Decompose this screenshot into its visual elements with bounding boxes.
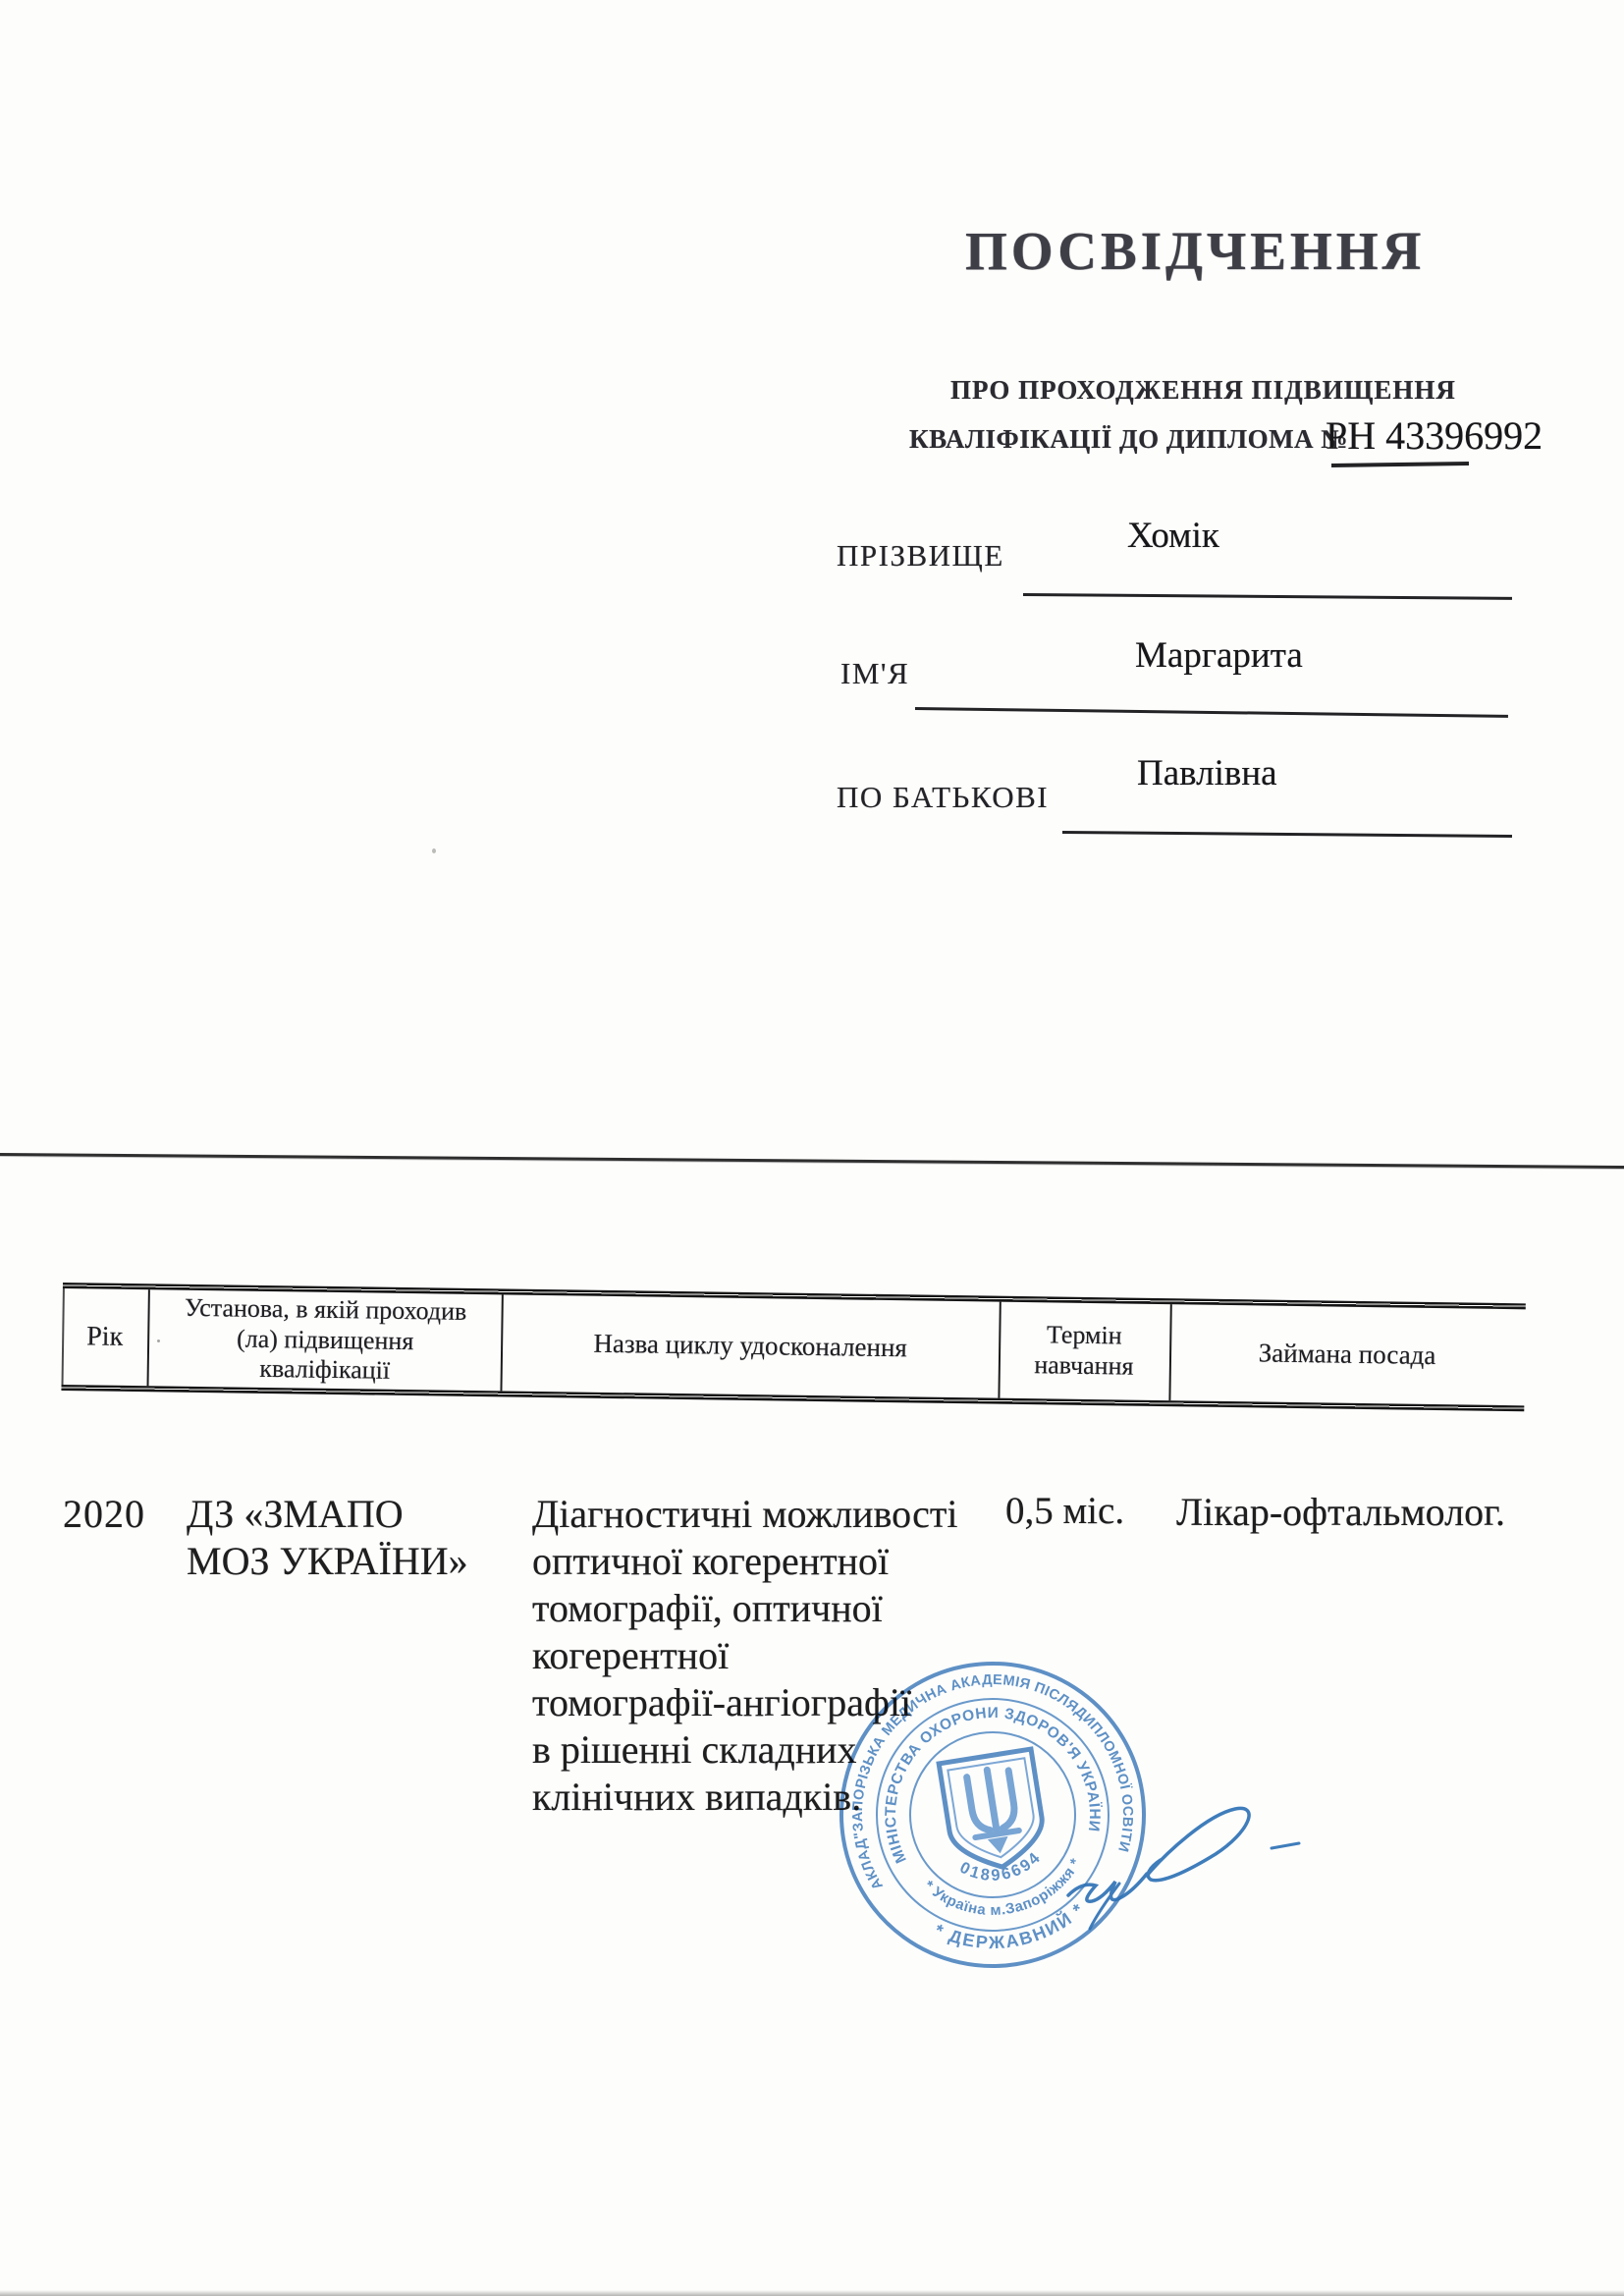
row-year: 2020: [63, 1491, 145, 1537]
subtitle-line-1: ПРО ПРОХОДЖЕННЯ ПІДВИЩЕННЯ: [950, 375, 1456, 406]
surname-underline: [1023, 593, 1512, 600]
table-vertical-separator: [998, 1302, 1001, 1398]
official-stamp-and-signature: ЗАКЛАД"ЗАПОРІЗЬКА МЕДИЧНА АКАДЕМІЯ ПІСЛЯ…: [825, 1642, 1434, 2054]
table-vertical-separator: [1168, 1304, 1171, 1400]
surname-label: ПРІЗВИЩЕ: [837, 538, 1004, 574]
diploma-number: РН 43396992: [1326, 412, 1543, 459]
scan-speck: [157, 1339, 160, 1342]
diploma-number-underline: [1331, 462, 1469, 467]
row-position: Лікар-офтальмолог.: [1176, 1489, 1505, 1535]
scan-speck: [432, 848, 436, 853]
column-header-year: Рік: [62, 1289, 148, 1385]
table-vertical-separator: [500, 1294, 503, 1391]
tryzub-icon: [965, 1767, 1019, 1837]
row-institution: ДЗ «ЗМАПО МОЗ УКРАЇНИ»: [187, 1491, 468, 1585]
certificate-page: ПОСВІДЧЕННЯ ПРО ПРОХОДЖЕННЯ ПІДВИЩЕННЯ К…: [0, 0, 1624, 2296]
firstname-value: Маргарита: [1135, 634, 1303, 677]
patronymic-label: ПО БАТЬКОВІ: [837, 780, 1049, 815]
signature: [1068, 1808, 1299, 1929]
surname-value: Хомік: [1127, 515, 1219, 557]
column-header-position: Займана посада: [1172, 1305, 1521, 1404]
patronymic-value: Павлівна: [1137, 752, 1277, 794]
document-title: ПОСВІДЧЕННЯ: [965, 220, 1425, 282]
patronymic-underline: [1062, 831, 1512, 838]
qualification-table-header: Рік Установа, в якій проходив (ла) підви…: [61, 1283, 1525, 1413]
firstname-underline: [915, 707, 1508, 718]
firstname-label: ІМ'Я: [840, 656, 909, 691]
subtitle-line-2: КВАЛІФІКАЦІЇ ДО ДИПЛОМА №: [909, 424, 1348, 455]
column-header-term: Термін навчання: [1001, 1303, 1165, 1399]
column-header-institution: Установа, в якій проходив (ла) підвищенн…: [152, 1290, 499, 1390]
row-term: 0,5 міс.: [1005, 1489, 1124, 1533]
page-fold-line: [0, 1153, 1624, 1169]
round-seal: ЗАКЛАД"ЗАПОРІЗЬКА МЕДИЧНА АКАДЕМІЯ ПІСЛЯ…: [825, 1642, 1165, 1992]
scan-bottom-edge: [0, 2290, 1624, 2296]
column-header-cycle: Назва циклу удосконалення: [505, 1295, 995, 1396]
